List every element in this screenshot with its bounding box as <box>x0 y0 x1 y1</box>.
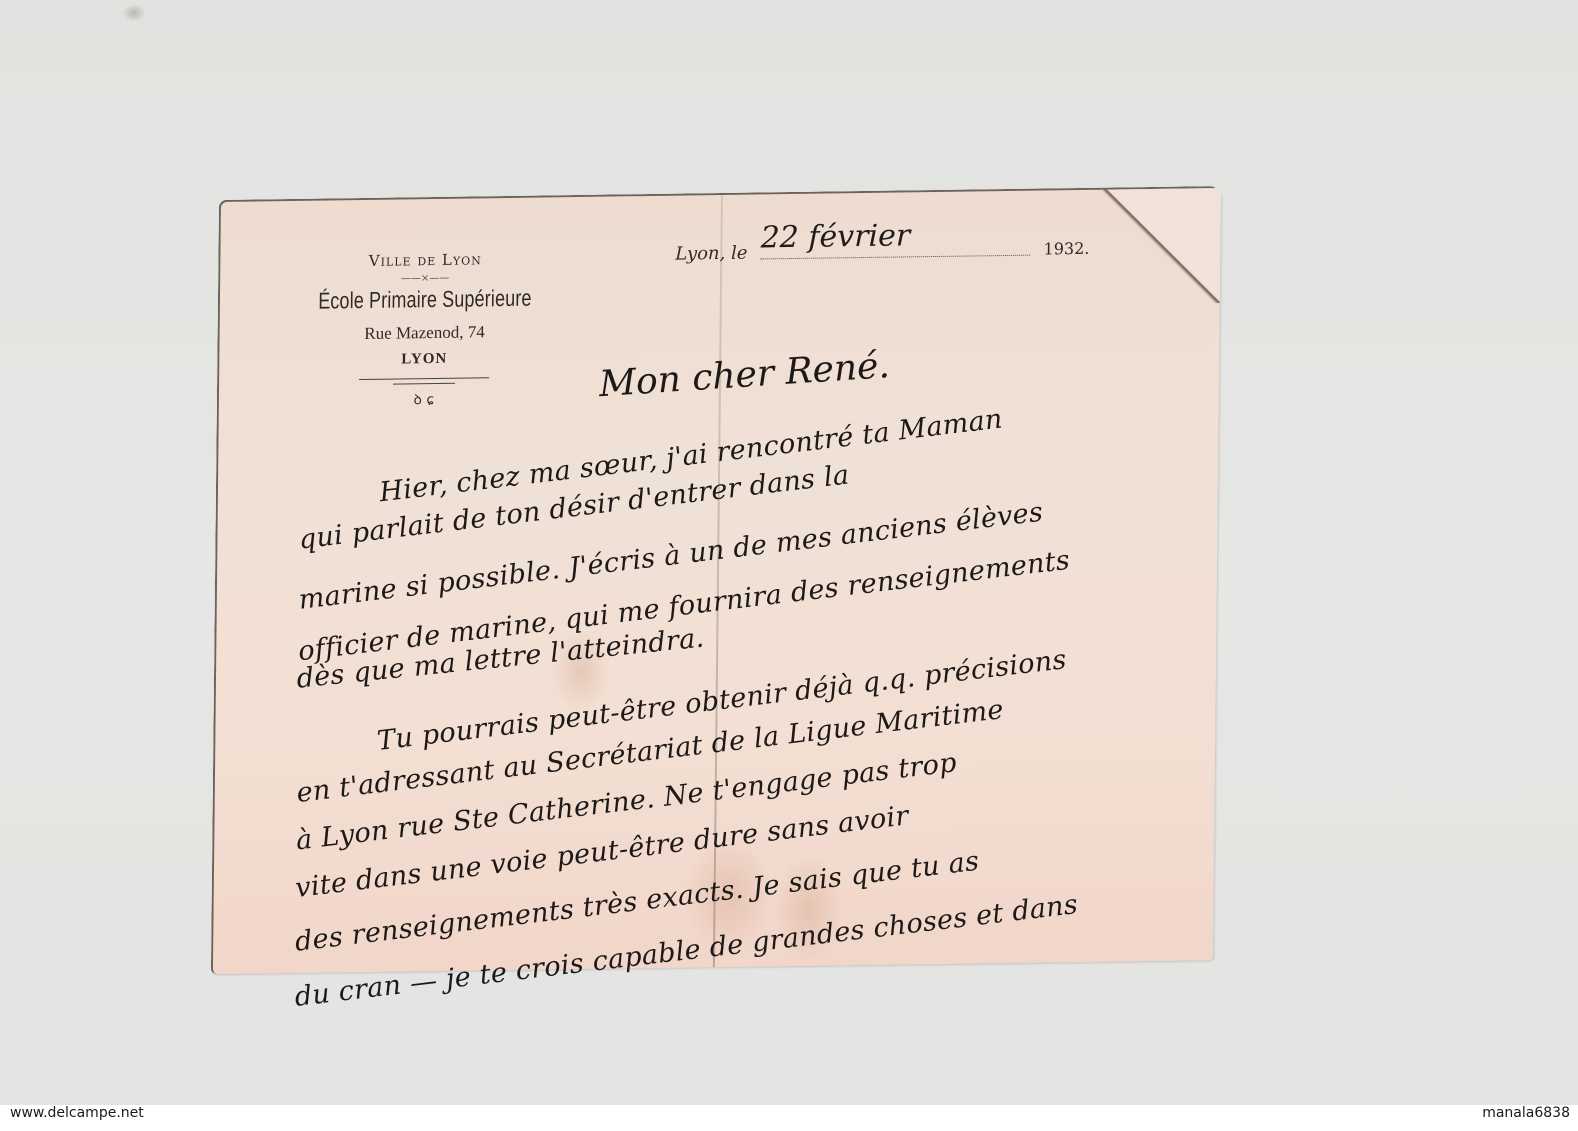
letterhead-street: Rue Mazenod, 74 <box>304 321 544 344</box>
date-dotted-field: 22 février <box>760 245 1030 260</box>
date-year: 1932. <box>1044 239 1090 259</box>
letterhead-school-name: École Primaire Supérieure <box>308 284 542 314</box>
letter-greeting: Mon cher René. <box>598 345 890 405</box>
letterhead: Ville de Lyon ——×—— École Primaire Supér… <box>304 249 546 410</box>
watermark-seller: manala6838 <box>1482 1105 1570 1121</box>
watermark-bar <box>0 1105 1578 1131</box>
letterhead-flourish-icon: ꝺ ɕ <box>304 388 544 410</box>
letterhead-rule <box>359 377 489 380</box>
handwritten-date: 22 février <box>760 218 910 255</box>
watermark-site: www.delcampe.net <box>10 1105 144 1121</box>
letterhead-rule-short <box>393 383 455 385</box>
date-prefix: Lyon, le <box>675 243 747 265</box>
dateline: Lyon, le 22 février 1932. <box>675 237 1155 265</box>
letterhead-town: LYON <box>304 349 544 369</box>
letter-card: Ville de Lyon ——×—— École Primaire Supér… <box>211 186 1221 974</box>
letterhead-city: Ville de Lyon <box>305 249 545 270</box>
letterhead-ornament: ——×—— <box>305 271 545 285</box>
scan-smudge <box>122 4 146 22</box>
